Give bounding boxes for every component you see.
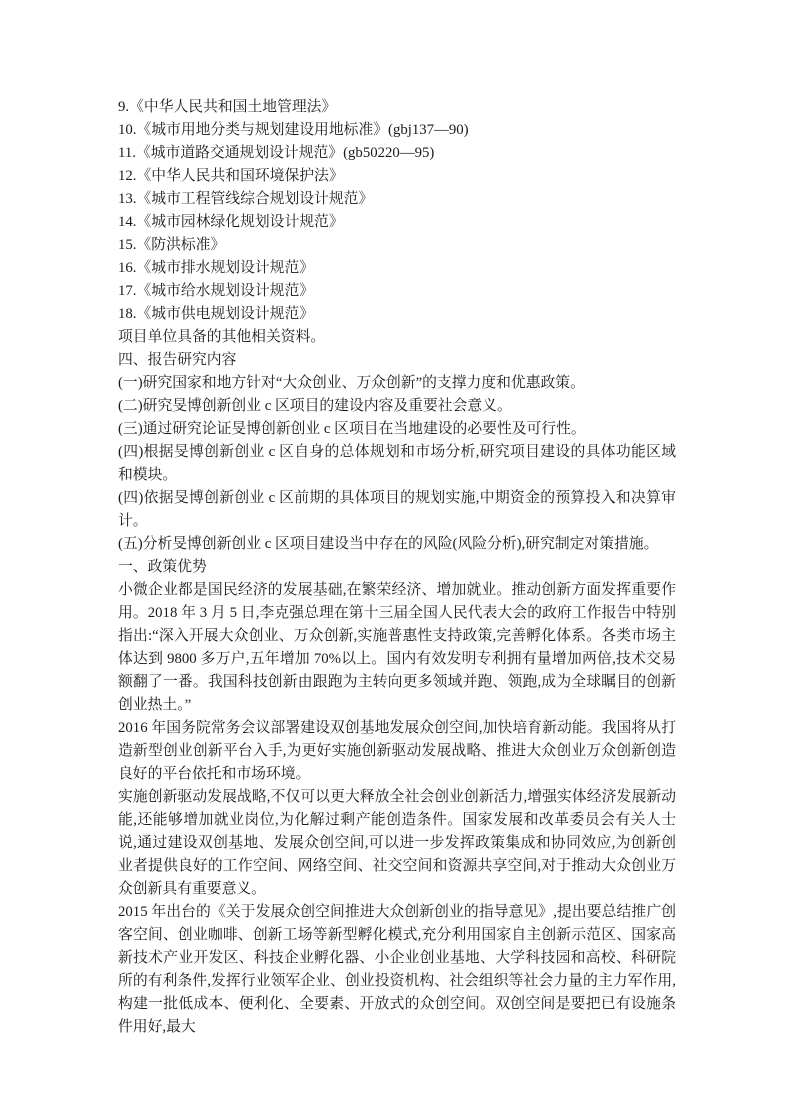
research-enum-item: (二)研究旻博创新创业 c 区项目的建设内容及重要社会意义。	[118, 395, 676, 418]
document-body: 9.《中华人民共和国土地管理法》10.《城市用地分类与规划建设用地标准》(gbj…	[118, 96, 676, 1039]
research-enum-item: (四)依据旻博创新创业 c 区前期的具体项目的规划实施,中期资金的预算投入和决算…	[118, 487, 676, 533]
research-enum-item: (四)根据旻博创新创业 c 区自身的总体规划和市场分析,研究项目建设的具体功能区…	[118, 441, 676, 487]
reference-list-item: 15.《防洪标准》	[118, 234, 676, 257]
body-paragraph: 项目单位具备的其他相关资料。	[118, 326, 676, 349]
reference-list-item: 16.《城市排水规划设计规范》	[118, 257, 676, 280]
reference-list-item: 14.《城市园林绿化规划设计规范》	[118, 211, 676, 234]
reference-list-item: 11.《城市道路交通规划设计规范》(gb50220—95)	[118, 142, 676, 165]
reference-list-item: 10.《城市用地分类与规划建设用地标准》(gbj137—90)	[118, 119, 676, 142]
research-enum-item: (一)研究国家和地方针对“大众创业、万众创新”的支撑力度和优惠政策。	[118, 372, 676, 395]
research-enum-item: (三)通过研究论证旻博创新创业 c 区项目在当地建设的必要性及可行性。	[118, 418, 676, 441]
reference-list-item: 9.《中华人民共和国土地管理法》	[118, 96, 676, 119]
body-paragraph: 2016 年国务院常务会议部署建设双创基地发展众创空间,加快培育新动能。我国将从…	[118, 717, 676, 786]
section-heading: 四、报告研究内容	[118, 349, 676, 372]
research-enum-item: (五)分析旻博创新创业 c 区项目建设当中存在的风险(风险分析),研究制定对策措…	[118, 533, 676, 556]
body-paragraph: 2015 年出台的《关于发展众创空间推进大众创新创业的指导意见》,提出要总结推广…	[118, 901, 676, 1039]
body-paragraph: 小微企业都是国民经济的发展基础,在繁荣经济、增加就业。推动创新方面发挥重要作用。…	[118, 579, 676, 717]
document-page: 9.《中华人民共和国土地管理法》10.《城市用地分类与规划建设用地标准》(gbj…	[0, 0, 792, 1120]
body-paragraph: 实施创新驱动发展战略,不仅可以更大释放全社会创业创新活力,增强实体经济发展新动能…	[118, 786, 676, 901]
reference-list-item: 13.《城市工程管线综合规划设计规范》	[118, 188, 676, 211]
reference-list-item: 18.《城市供电规划设计规范》	[118, 303, 676, 326]
section-heading: 一、政策优势	[118, 556, 676, 579]
reference-list-item: 17.《城市给水规划设计规范》	[118, 280, 676, 303]
reference-list-item: 12.《中华人民共和国环境保护法》	[118, 165, 676, 188]
